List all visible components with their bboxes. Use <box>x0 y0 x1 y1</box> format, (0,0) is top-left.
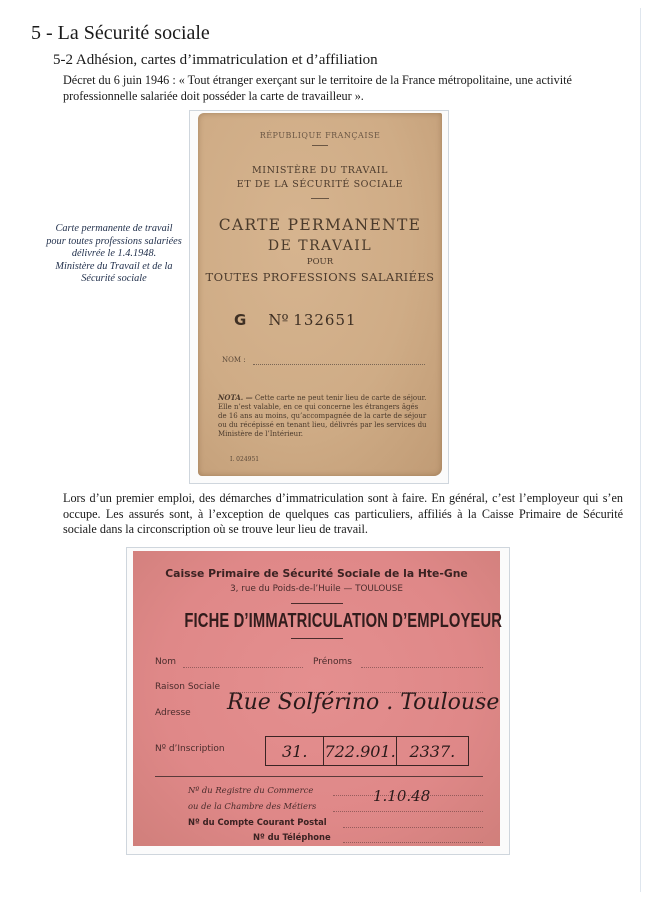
inscription-number-box: 31. 722.901. 2337. <box>265 736 469 766</box>
telephone-label: Nº du Téléphone <box>253 832 331 842</box>
card-title-line-1: CARTE PERMANENTE <box>198 216 442 234</box>
republic-heading: RÉPUBLIQUE FRANÇAISE <box>198 131 442 140</box>
dotted-line <box>183 667 303 668</box>
card-title-line-4: TOUTES PROFESSIONS SALARIÉES <box>198 270 442 284</box>
registre-label-1: Nº du Registre du Commerce <box>188 785 313 795</box>
page-margin-rule <box>640 8 641 892</box>
org-address: 3, rue du Poids-de-l’Huile — TOULOUSE <box>133 584 500 594</box>
dotted-line <box>343 842 483 843</box>
inscription-part: 722.901. <box>324 737 396 765</box>
card-title-line-3: POUR <box>198 257 442 267</box>
work-card-image: RÉPUBLIQUE FRANÇAISE MINISTÈRE DU TRAVAI… <box>198 113 442 476</box>
org-name: Caisse Primaire de Sécurité Sociale de l… <box>133 567 500 580</box>
compte-postal-label: Nº du Compte Courant Postal <box>188 817 327 827</box>
adresse-label: Adresse <box>155 708 191 718</box>
caption-line: délivrée le 1.4.1948. <box>36 248 192 261</box>
registre-label-2: ou de la Chambre des Métiers <box>188 801 316 811</box>
prenoms-label: Prénoms <box>313 657 352 667</box>
divider <box>291 603 343 604</box>
raison-sociale-label: Raison Sociale <box>155 682 220 692</box>
intro-paragraph: Décret du 6 juin 1946 : « Tout étranger … <box>63 73 623 104</box>
dotted-line <box>343 827 483 828</box>
section-title: 5 - La Sécurité sociale <box>31 22 210 45</box>
ministry-line-2: ET DE LA SÉCURITÉ SOCIALE <box>198 179 442 190</box>
name-dotted-line <box>253 364 425 365</box>
form-title: FICHE D’IMMATRICULATION D’EMPLOYEUR <box>184 609 448 633</box>
caption-line: Ministère du Travail et de la <box>36 261 192 274</box>
subsection-title: 5-2 Adhésion, cartes d’immatriculation e… <box>53 52 378 69</box>
second-paragraph: Lors d’un premier emploi, des démarches … <box>63 491 623 538</box>
divider <box>312 145 328 146</box>
number-value: 132651 <box>293 311 356 329</box>
registre-handwritten-value: 1.10.48 <box>373 787 430 805</box>
adresse-handwritten-value: Rue Solférino . Toulouse <box>227 690 499 715</box>
employer-card-image: Caisse Primaire de Sécurité Sociale de l… <box>133 551 500 846</box>
card-title-line-2: DE TRAVAIL <box>198 238 442 254</box>
card-number: GNº 132651 <box>234 311 357 329</box>
nota-text: NOTA. — Cette carte ne peut tenir lieu d… <box>218 393 428 439</box>
inscription-part: 2337. <box>397 737 468 765</box>
caption-line: Sécurité sociale <box>36 273 192 286</box>
name-label: NOM : <box>222 356 246 364</box>
divider <box>311 198 329 199</box>
print-reference: I. 024951 <box>230 456 259 463</box>
ministry-line-1: MINISTÈRE DU TRAVAIL <box>198 165 442 176</box>
dotted-line <box>361 667 483 668</box>
inscription-part: 31. <box>266 737 324 765</box>
dotted-line <box>333 811 483 812</box>
number-label: Nº <box>268 311 288 329</box>
card-series: G <box>234 311 246 329</box>
inscription-label: Nº d’Inscription <box>155 744 225 754</box>
divider <box>291 638 343 639</box>
caption-line: Carte permanente de travail <box>36 223 192 236</box>
nota-label: NOTA. — <box>218 393 253 402</box>
caption-line: pour toutes professions salariées <box>36 236 192 249</box>
work-card-caption: Carte permanente de travail pour toutes … <box>36 223 192 286</box>
nom-label: Nom <box>155 657 176 667</box>
section-divider <box>155 776 483 777</box>
